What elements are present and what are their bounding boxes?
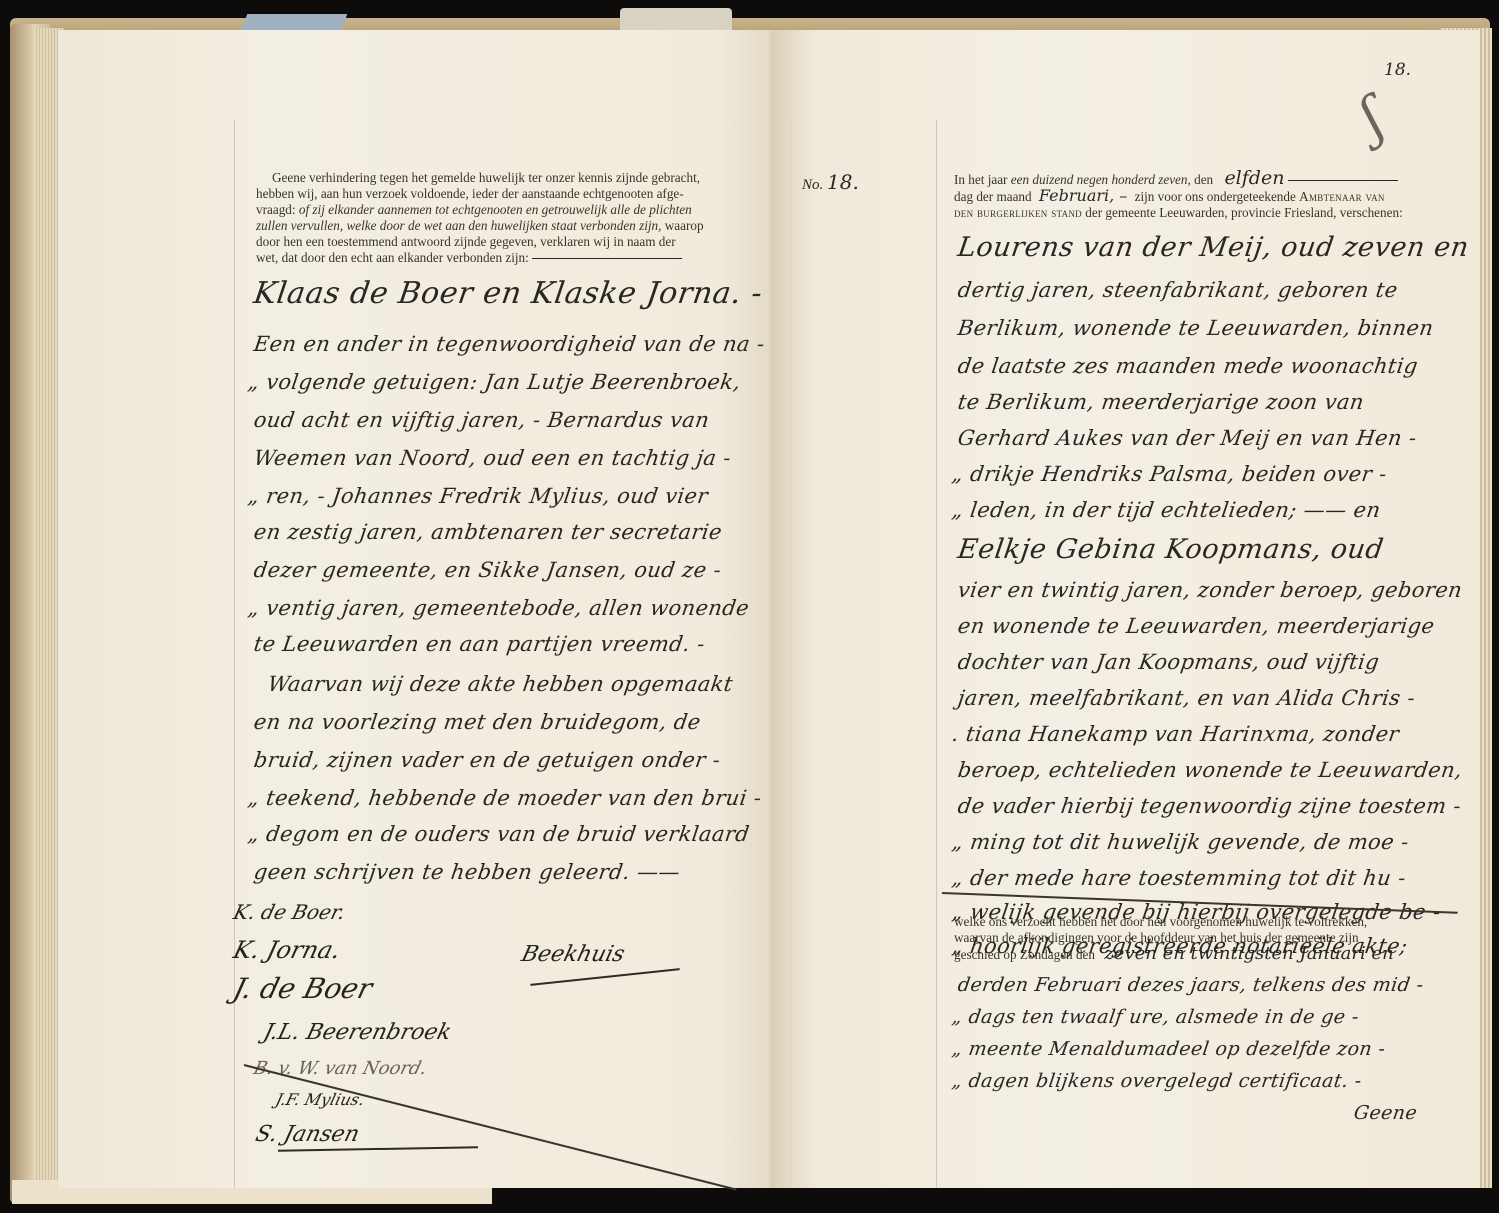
handwritten-line: en zestig jaren, ambtenaren ter secretar… [252, 520, 723, 544]
handwritten-line: en wonende te Leeuwarden, meerderjarige [956, 614, 1436, 638]
handwritten-line: „ volgende getuigen: Jan Lutje Beerenbro… [246, 370, 742, 394]
signature-groom-father: J. de Boer [230, 972, 376, 1005]
right-printed-middle: welke ons verzocht hebben het door hen v… [954, 914, 1464, 963]
handwritten-line: de laatste zes maanden mede woonachtig [956, 354, 1419, 378]
left-page: Geene verhindering tegen het gemelde huw… [58, 30, 774, 1188]
handwritten-line: vier en twintig jaren, zonder beroep, ge… [956, 578, 1464, 602]
groom-name-line: Lourens van der Meij, oud zeven en [956, 232, 1471, 263]
printed-smallcaps-fragment: den burgerlijken stand [954, 205, 1082, 220]
handwritten-line: oud acht en vijftig jaren, - Bernardus v… [252, 408, 711, 432]
handwritten-day: elfden [1224, 167, 1284, 189]
act-number-value: 18. [827, 170, 859, 194]
handwritten-line: „ dagen blijkens overgelegd certificaat.… [950, 1070, 1363, 1092]
left-printed-intro: Geene verhindering tegen het gemelde huw… [256, 170, 772, 266]
bride-name-line: Eelkje Gebina Koopmans, oud [956, 534, 1386, 565]
right-inner-margin-rule [790, 120, 791, 1188]
handwritten-line: Berlikum, wonende te Leeuwarden, binnen [956, 316, 1435, 340]
printed-fragment: vraagd: [256, 202, 299, 217]
right-page: 18. ʃ No. 18. In het jaar een duizend ne… [774, 30, 1480, 1188]
handwritten-line: „ ming tot dit huwelijk gevende, de moe … [950, 830, 1410, 854]
printed-italic-fragment: zullen vervullen, welke door de wet aan … [256, 218, 661, 233]
handwritten-line: dertig jaren, steenfabrikant, geboren te [956, 278, 1399, 302]
registrar-flourish [530, 968, 679, 985]
signature-underline [278, 1146, 478, 1151]
printed-italic-fragment: een duizend negen honderd zeven [1011, 172, 1188, 187]
printed-line: In het jaar een duizend negen honderd ze… [954, 170, 1464, 188]
printed-smallcaps-fragment: Ambtenaar van [1299, 189, 1385, 204]
handwritten-line: „ leden, in der tijd echtelieden; —— en [950, 498, 1382, 522]
handwritten-line: Gerhard Aukes van der Meij en van Hen - [956, 426, 1418, 450]
printed-line: den burgerlijken stand der gemeente Leeu… [954, 205, 1464, 221]
handwritten-line: Een en ander in tegenwoordigheid van de … [252, 332, 766, 356]
handwritten-line: „ dags ten twaalf ure, alsmede in de ge … [950, 1006, 1360, 1028]
handwritten-line: „ degom en de ouders van de bruid verkla… [246, 822, 751, 846]
handwritten-line: de vader hierbij tegenwoordig zijne toes… [956, 794, 1463, 818]
catchword: Geene [1352, 1102, 1418, 1124]
handwritten-publication-date: zeven en twintigsten Januari en [1104, 943, 1393, 964]
handwritten-line: en na voorlezing met den bruidegom, de [252, 710, 702, 734]
right-printed-header: In het jaar een duizend negen honderd ze… [954, 170, 1464, 221]
registrar-signature: Beekhuis [519, 942, 627, 967]
printed-line: Geene verhindering tegen het gemelde huw… [256, 170, 772, 186]
handwritten-line: te Leeuwarden en aan partijen vreemd. - [252, 632, 706, 656]
folio-number: 18. [1384, 60, 1411, 80]
printed-line: geschied op Zondagen den zeven en twinti… [954, 946, 1464, 963]
handwritten-line: bruid, zijnen vader en de getuigen onder… [252, 748, 722, 772]
fill-line [532, 258, 682, 259]
signature-bride: K. Jorna. [231, 936, 344, 964]
signature-groom: K. de Boer. [231, 900, 348, 924]
handwritten-line: jaren, meelfabrikant, en van Alida Chris… [956, 686, 1416, 710]
handwritten-line: . tiana Hanekamp van Harinxma, zonder [950, 722, 1400, 746]
handwritten-line: „ teekend, hebbende de moeder van den br… [246, 786, 763, 810]
printed-line: vraagd: of zij elkander aannemen tot ech… [256, 202, 772, 218]
printed-fragment: , den [1188, 172, 1214, 187]
handwritten-line: „ drikje Hendriks Palsma, beiden over - [950, 462, 1388, 486]
printed-line: dag der maand Februari, – zijn voor ons … [954, 188, 1464, 205]
handwritten-month: Februari, – [1039, 186, 1127, 205]
handwritten-line: dochter van Jan Koopmans, oud vijftig [956, 650, 1381, 674]
printed-line: welke ons verzocht hebben het door hen v… [954, 914, 1464, 930]
printed-fragment: waarop [661, 218, 703, 233]
handwritten-line: beroep, echtelieden wonende te Leeuwarde… [956, 758, 1464, 782]
handwritten-line: geen schrijven te hebben geleerd. —— [252, 860, 681, 884]
printed-fragment: zijn voor ons ondergeteekende [1135, 189, 1296, 204]
handwritten-line: derden Februari dezes jaars, telkens des… [956, 974, 1425, 996]
printed-line: door hen een toestemmend antwoord zijnde… [256, 234, 772, 250]
handwritten-line: te Berlikum, meerderjarige zoon van [956, 390, 1365, 414]
act-number-label: No. [802, 177, 823, 193]
folio-paraph-mark: ʃ [1349, 87, 1393, 149]
printed-fragment: geschied op Zondagen den [954, 947, 1095, 962]
handwritten-line: Weemen van Noord, oud een en tachtig ja … [252, 446, 732, 470]
printed-line: hebben wij, aan hun verzoek voldoende, i… [256, 186, 772, 202]
left-margin-rule [234, 120, 235, 1188]
handwritten-line: „ ventig jaren, gemeentebode, allen wone… [246, 596, 750, 620]
act-number: No. 18. [802, 170, 859, 194]
handwritten-line: „ der mede hare toestemming tot dit hu - [950, 866, 1407, 890]
printed-italic-fragment: of zij elkander aannemen tot echtgenoote… [299, 202, 692, 217]
signature-witness-2: B. v. W. van Noord. [251, 1058, 429, 1079]
right-margin-rule [936, 120, 937, 1188]
handwritten-line: „ ren, - Johannes Fredrik Mylius, oud vi… [246, 484, 709, 508]
handwritten-line: „ meente Menaldumadeel op dezelfde zon - [950, 1038, 1386, 1060]
handwritten-line: Waarvan wij deze akte hebben opgemaakt [266, 672, 734, 696]
printed-fragment: In het jaar [954, 172, 1011, 187]
fill-line [1288, 180, 1398, 181]
handwritten-line: dezer gemeente, en Sikke Jansen, oud ze … [252, 558, 723, 582]
signature-witness-4: S. Jansen [253, 1122, 362, 1147]
printed-line: zullen vervullen, welke door de wet aan … [256, 218, 772, 234]
signature-witness-1: J.L. Beerenbroek [261, 1020, 454, 1045]
printed-fragment: dag der maand [954, 189, 1032, 204]
printed-line: wet, dat door den echt aan elkander verb… [256, 250, 772, 266]
couple-names: Klaas de Boer en Klaske Jorna. - [252, 276, 765, 311]
printed-fragment: der gemeente Leeuwarden, provincie Fries… [1085, 205, 1402, 220]
printed-fragment: wet, dat door den echt aan elkander verb… [256, 250, 529, 265]
